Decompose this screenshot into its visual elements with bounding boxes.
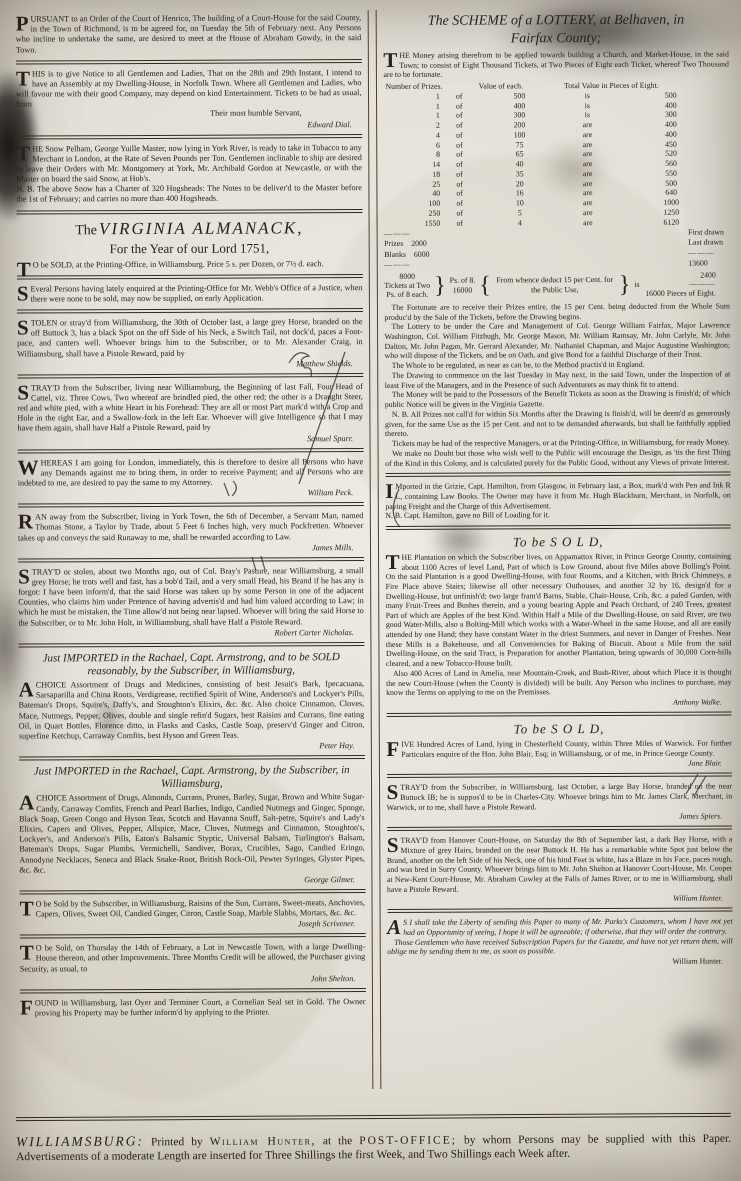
lottery-nota-bene: N. B. All Prizes not call'd for within S…: [385, 408, 731, 439]
ad-body: IMported in the Grizie, Capt. Hamilton, …: [385, 481, 731, 511]
brace-glyph: }: [619, 273, 631, 297]
heading-prefix: The: [75, 223, 97, 238]
dash-rule: ———: [645, 280, 716, 290]
prize-count: 8: [384, 150, 442, 160]
prize-value: 200: [477, 120, 562, 130]
tickets-block: 8000 Tickets at Two Ps. of 8 each.: [384, 272, 430, 300]
to-be-sold-heading: To be S O L D,: [385, 533, 731, 551]
ad-body: WHEREAS I am going for London, immediate…: [18, 457, 364, 489]
prize-count: 25: [384, 179, 442, 189]
ad-text: O be Sold, on Thursday the 14th of Febru…: [20, 942, 365, 973]
lottery-table-body: 1 of 500 is 500 1 of 400 is: [384, 90, 730, 228]
prize-value: 35: [477, 169, 562, 179]
ad-found-seal: FOUND in Williamsburg, last Oyer and Ter…: [20, 997, 366, 1019]
divider: [19, 889, 365, 895]
prize-value: 400: [477, 101, 562, 111]
is-word: are: [562, 140, 612, 150]
prizes-label: Prizes: [384, 239, 403, 248]
prize-value: 75: [477, 140, 562, 150]
prize-count: 18: [384, 170, 442, 180]
prize-total: 400: [613, 120, 730, 130]
prize-total: 1250: [613, 207, 730, 217]
signature: William Peck.: [18, 488, 354, 498]
of-word: of: [442, 208, 477, 218]
signature: William Hunter.: [387, 894, 723, 904]
ad-newcastle-lot: TO be Sold, on Thursday the 14th of Febr…: [20, 942, 366, 984]
ad-body: THE Plantation on which the Subscriber l…: [386, 551, 732, 668]
ad-text: TRAY'D or stolen, about two Months ago, …: [18, 566, 364, 627]
lottery-paragraph: The Drawing to commence on the last Tues…: [385, 369, 731, 390]
blanks-line: Blanks6000: [384, 249, 529, 260]
is-word: is: [562, 91, 612, 101]
drop-cap: F: [386, 740, 401, 757]
of-word: of: [442, 150, 477, 160]
post-office: POST-OFFICE;: [359, 1134, 457, 1147]
ad-text: URSUANT to an Order of the Court of Henr…: [16, 13, 362, 54]
divider: [18, 502, 364, 508]
lottery-intro: THE Money arising therefrom to be applie…: [383, 49, 729, 79]
prize-value: 5: [477, 208, 562, 218]
prize-count: 40: [384, 189, 442, 199]
col-header-prizes: Number of Prizes.: [383, 82, 476, 92]
prize-total: 400: [613, 100, 730, 110]
of-word: of: [442, 218, 477, 228]
of-word: of: [442, 111, 477, 121]
prize-total: 1000: [613, 197, 730, 207]
prizes-subtotal: 13600: [688, 258, 729, 268]
ad-text: Mported in the Grizie, Capt. Hamilton, f…: [385, 481, 730, 511]
ad-body: ACHOICE Assortment of Drugs and Medicine…: [19, 679, 365, 742]
closing-line: Their most humble Servant,: [16, 109, 302, 120]
ad-courthouse-notice: PURSUANT to an Order of the Court of Hen…: [16, 13, 362, 55]
ad-body: TO be Sold by the Subscriber, in William…: [20, 898, 366, 920]
ad-text: TRAY'D from the Subscriber, in Williamsb…: [387, 782, 732, 812]
divider: [386, 711, 732, 717]
prize-total: 500: [613, 178, 730, 188]
divider: [17, 308, 363, 314]
is-word: are: [562, 130, 612, 140]
page-columns: PURSUANT to an Order of the Court of Hen…: [16, 8, 734, 1090]
imported-heading: Just IMPORTED in the Rachael, Capt. Arms…: [22, 651, 360, 679]
summary-top: ——— Prizes2000 Blanks6000 ——— First draw…: [384, 228, 730, 270]
divider: [18, 557, 364, 563]
drop-cap: A: [387, 918, 403, 935]
ad-imported-hay: Just IMPORTED in the Rachael, Capt. Arms…: [18, 651, 364, 752]
ad-imported-box: IMported in the Grizie, Capt. Hamilton, …: [385, 481, 731, 521]
ad-whereas-london: WHEREAS I am going for London, immediate…: [18, 457, 364, 499]
signature: Peter Hay.: [19, 741, 355, 751]
blanks-label: Blanks: [384, 249, 406, 258]
prize-total: 400: [613, 129, 730, 139]
ad-strayed-cattle: STRAY'D from the Subscriber, living near…: [17, 382, 363, 444]
brace-glyph: {: [479, 273, 491, 297]
drop-cap: I: [385, 482, 395, 499]
ad-assembly-notice: THIS is to give Notice to all Gentlemen …: [16, 68, 362, 130]
prize-count: 1: [384, 92, 442, 102]
of-word: of: [442, 189, 477, 199]
tickets-line1: Tickets at Two: [384, 281, 430, 291]
ad-runaway-servant: RAN away from the Subscriber, living in …: [18, 511, 364, 553]
prize-count: 4: [384, 131, 442, 141]
notice-body: AS I shall take the Liberty of sending t…: [387, 917, 733, 938]
ad-text: OUND in Williamsburg, last Oyer and Term…: [35, 997, 366, 1018]
first-drawn-label: First drawn: [688, 228, 724, 237]
is-word: are: [562, 188, 612, 198]
ad-body: TO be Sold, on Thursday the 14th of Febr…: [20, 942, 366, 974]
lottery-summary: ——— Prizes2000 Blanks6000 ——— First draw…: [384, 228, 730, 300]
ad-snow-pelham: THE Snow Pelham, George Yuille Master, n…: [16, 143, 362, 206]
ad-body: STRAY'D or stolen, about two Months ago,…: [18, 566, 364, 629]
drop-cap: S: [17, 319, 31, 336]
divider: [387, 908, 733, 914]
drop-cap: A: [19, 681, 36, 698]
is-word: are: [562, 149, 612, 159]
printed-by: Printed by: [151, 1136, 203, 1148]
prize-value: 10: [477, 198, 562, 208]
is-word: is: [634, 280, 639, 289]
notice-text-continued: Those Gentlemen who have received Subscr…: [387, 936, 733, 957]
ad-text: HEREAS I am going for London, immediatel…: [18, 457, 363, 488]
ad-text: HE Snow Pelham, George Yuille Master, no…: [16, 143, 362, 184]
lottery-table: Number of Prizes. Value of each. Total V…: [383, 80, 729, 228]
col-header-value: Value of each.: [477, 81, 562, 91]
lottery-row: 1550 of 4 are 6120: [384, 217, 730, 228]
prize-value: 4: [477, 218, 562, 228]
city-name: WILLIAMSBURG:: [16, 1133, 144, 1149]
signature: William Hunter.: [387, 956, 723, 966]
divider: [20, 988, 366, 994]
first-drawn-line: First drawn12: [688, 228, 729, 238]
ad-strayed-grey-horse: STRAY'D or stolen, about two Months ago,…: [18, 566, 364, 639]
prize-count: 1: [384, 101, 442, 111]
newspaper-page: PURSUANT to an Order of the Court of Hen…: [0, 0, 741, 1181]
of-word: of: [442, 101, 477, 111]
ad-chesterfield-land: To be S O L D, FIVE Hundred Acres of Lan…: [386, 720, 732, 769]
prize-count: 2: [384, 121, 442, 131]
ad-text: HIS is to give Notice to all Gentlemen a…: [16, 68, 362, 109]
drop-cap: T: [17, 260, 33, 277]
drop-cap: T: [16, 144, 32, 161]
ad-scrivener-goods: TO be Sold by the Subscriber, in William…: [20, 898, 366, 930]
drop-cap: A: [19, 794, 36, 811]
prize-count: 1: [384, 111, 442, 121]
colophon: WILLIAMSBURG: Printed by William Hunter,…: [16, 1113, 731, 1177]
last-drawn-line: Last drawn18: [688, 238, 729, 248]
prize-value: 20: [477, 179, 562, 189]
lottery-scheme: The SCHEME of a LOTTERY, at Belhaven, in…: [383, 11, 730, 468]
summary-left: ——— Prizes2000 Blanks6000 ———: [384, 229, 529, 270]
drop-cap: S: [17, 284, 31, 301]
divider: [16, 59, 362, 65]
divider: [386, 773, 732, 779]
ad-strayed-hanover-horse: STRAY'D from Hanover Court-House, on Sat…: [387, 835, 733, 904]
lottery-title-line1: The SCHEME of a LOTTERY, at Belhaven, in: [428, 13, 684, 29]
lottery-title: The SCHEME of a LOTTERY, at Belhaven, in…: [383, 11, 729, 48]
divider: [17, 274, 363, 280]
nota-bene: N. B. Capt. Hamilton, gave no Bill of Lo…: [385, 510, 731, 521]
drop-cap: T: [20, 944, 36, 961]
prize-value: 100: [477, 130, 562, 140]
is-word: are: [562, 159, 612, 169]
divider: [385, 472, 731, 478]
divider: [387, 826, 733, 832]
dash-rule: ———: [688, 248, 729, 258]
is-word: is: [562, 110, 612, 120]
is-word: are: [562, 169, 612, 179]
colophon-text: WILLIAMSBURG: Printed by William Hunter,…: [16, 1128, 731, 1165]
signature: Samuel Spurr.: [17, 434, 353, 444]
ad-virginia-almanack: The VIRGINIA ALMANACK, For the Year of o…: [17, 218, 363, 271]
printer-name: William Hunter,: [210, 1135, 316, 1148]
tickets-line2: Ps. of 8 each.: [384, 290, 430, 300]
is-word: are: [562, 179, 612, 189]
ad-body: STRAY'D from Hanover Court-House, on Sat…: [387, 835, 733, 894]
divider: [18, 642, 364, 648]
printer-notice: AS I shall take the Liberty of sending t…: [387, 917, 733, 967]
dash-rule: ———: [384, 259, 529, 270]
notice-text: S I shall take the Liberty of sending th…: [403, 917, 733, 937]
signature: Jane Blair.: [386, 759, 722, 769]
almanack-heading: The VIRGINIA ALMANACK,: [17, 218, 363, 240]
ad-body: FOUND in Williamsburg, last Oyer and Ter…: [20, 997, 366, 1019]
deduct-note: From whence deduct 15 per Cent. for the …: [495, 275, 615, 294]
of-word: of: [442, 140, 477, 150]
imported-heading: Just IMPORTED in the Rachael, Capt. Arms…: [23, 764, 361, 792]
ad-body: FIVE Hundred Acres of Land, lying in Che…: [386, 738, 732, 759]
nota-bene: N. B. The above Snow has a Charter of 32…: [16, 183, 362, 205]
first-drawn-value: 12: [724, 228, 733, 237]
prize-value: 40: [477, 159, 562, 169]
ad-text: TRAY'D from Hanover Court-House, on Satu…: [387, 835, 733, 894]
drop-cap: T: [20, 899, 36, 916]
signature: James Mills.: [18, 543, 354, 553]
ad-body: THE Snow Pelham, George Yuille Master, n…: [16, 143, 362, 185]
signature: Robert Carter Nicholas.: [18, 628, 354, 638]
blanks-count: 6000: [406, 249, 430, 258]
of-word: of: [442, 130, 477, 140]
of-word: of: [442, 179, 477, 189]
ad-text: CHOICE Assortment of Drugs and Medicines…: [19, 679, 365, 740]
of-word: of: [442, 121, 477, 131]
grand-total: 16000 Pieces of Eight.: [645, 289, 716, 299]
signature: Matthew Shields.: [17, 359, 353, 369]
prize-count: 6: [384, 140, 442, 150]
totals-block: 2400 ——— 16000 Pieces of Eight.: [645, 270, 730, 298]
drop-cap: T: [16, 69, 32, 86]
ad-webbs-office: SEveral Persons having lately enquired a…: [17, 283, 363, 305]
prize-total: 640: [613, 188, 730, 198]
pieces-value: 16000: [450, 285, 476, 294]
is-word: are: [562, 120, 612, 130]
ad-text: HE Money arising therefrom to be applied…: [383, 49, 728, 79]
prize-total: 500: [613, 90, 730, 100]
ad-text: TOLEN or stray'd from Williamsburg, the …: [17, 317, 363, 358]
prize-value: 65: [477, 150, 562, 160]
ad-body: STRAY'D from the Subscriber, living near…: [17, 382, 363, 434]
ad-body: STRAY'D from the Subscriber, in Williams…: [387, 782, 733, 812]
right-column: The SCHEME of a LOTTERY, at Belhaven, in…: [375, 8, 733, 1089]
drop-cap: R: [18, 513, 35, 530]
prize-total: 520: [613, 149, 730, 159]
prize-total: 450: [613, 139, 730, 149]
signature: Joseph Scrivener.: [20, 919, 356, 929]
divider: [385, 524, 731, 530]
is-word: are: [563, 217, 613, 227]
prize-count: 100: [384, 199, 442, 209]
colophon-rule: [16, 1113, 731, 1121]
ad-body: TO be SOLD, at the Printing-Office, in W…: [17, 259, 363, 271]
prize-total: 300: [613, 110, 730, 120]
of-word: of: [442, 169, 477, 179]
lottery-paragraph: The Fortunate are to receive their Prize…: [384, 301, 730, 322]
drop-cap: F: [20, 998, 35, 1015]
brace-glyph: }: [434, 273, 446, 297]
ad-text: AN away from the Subscriber, living in Y…: [18, 511, 363, 542]
last-drawn-value: 18: [723, 238, 733, 247]
ad-plantation-sale: To be S O L D, THE Plantation on which t…: [385, 533, 731, 708]
signature: James Spiers.: [387, 812, 723, 822]
prize-value: 300: [477, 111, 562, 121]
divider: [19, 755, 365, 761]
is-word: is: [562, 101, 612, 111]
prize-total: 550: [613, 168, 730, 178]
ad-body: STOLEN or stray'd from Williamsburg, the…: [17, 317, 363, 359]
is-word: are: [563, 208, 613, 218]
signature: Anthony Walke.: [386, 697, 722, 707]
ad-text: HE Plantation on which the Subscriber li…: [386, 551, 732, 668]
ad-text: Everal Persons having lately enquired at…: [31, 283, 363, 304]
prize-count: 1550: [384, 218, 442, 228]
lottery-title-line2: Fairfax County;: [511, 31, 602, 46]
prize-value: 500: [477, 91, 562, 101]
drop-cap: P: [16, 14, 31, 31]
drop-cap: S: [387, 836, 401, 853]
almanack-subtitle: For the Year of our Lord 1751,: [17, 240, 363, 258]
prizes-line: Prizes2000: [384, 239, 529, 250]
drop-cap: T: [383, 51, 399, 68]
to-be-sold-heading: To be S O L D,: [386, 720, 732, 738]
prize-count: 250: [384, 208, 442, 218]
drop-cap: S: [18, 567, 32, 584]
divider: [17, 209, 363, 215]
pieces-label: Ps. of 8.: [450, 276, 476, 285]
ad-text: CHOICE Assortment of Drugs, Almonds, Cur…: [19, 793, 365, 875]
of-word: of: [442, 92, 477, 102]
left-column: PURSUANT to an Order of the Court of Hen…: [16, 10, 373, 1091]
ad-stolen-horse: STOLEN or stray'd from Williamsburg, the…: [17, 317, 363, 369]
ad-text-continued: Also 400 Acres of Land in Amelia, near M…: [386, 667, 732, 698]
signature: John Shelton.: [20, 974, 356, 984]
lottery-paragraph: The Money will be paid to the Possessors…: [385, 389, 731, 410]
drop-cap: W: [18, 458, 41, 475]
ad-strayed-bay-horse: STRAY'D from the Subscriber, in Williams…: [387, 782, 733, 822]
ad-body: SEveral Persons having lately enquired a…: [17, 283, 363, 305]
divider: [16, 134, 362, 140]
of-word: of: [442, 160, 477, 170]
lottery-paragraph: We make no Doubt but those who wish well…: [385, 447, 731, 468]
signature: Edward Dial.: [16, 120, 352, 130]
ad-body: RAN away from the Subscriber, living in …: [18, 511, 364, 543]
last-drawn-label: Last drawn: [688, 238, 723, 247]
prizes-count: 2000: [403, 239, 427, 248]
prize-value: 16: [477, 188, 562, 198]
ad-body: PURSUANT to an Order of the Court of Hen…: [16, 13, 362, 55]
dash-rule: ———: [384, 229, 529, 240]
tickets-total: 8000: [384, 272, 430, 282]
at-the: at the: [323, 1135, 352, 1147]
ad-text: O be Sold by the Subscriber, in Williams…: [36, 898, 366, 919]
is-word: are: [563, 198, 613, 208]
drop-cap: S: [387, 783, 401, 800]
ad-body: ACHOICE Assortment of Drugs, Almonds, Cu…: [19, 793, 365, 876]
lottery-paragraph: The Lottery to be under the Care and Man…: [385, 321, 731, 361]
drop-cap: S: [17, 383, 31, 400]
prize-count: 14: [384, 160, 442, 170]
ad-text: IVE Hundred Acres of Land, lying in Ches…: [401, 738, 732, 758]
drop-cap: T: [386, 553, 402, 570]
almanack-title: VIRGINIA ALMANACK,: [99, 218, 304, 238]
ad-text: TRAY'D from the Subscriber, living near …: [17, 382, 363, 433]
divider: [20, 933, 366, 939]
ad-imported-gilmer: Just IMPORTED in the Rachael, Capt. Arms…: [19, 764, 365, 885]
prize-total: 6120: [613, 217, 730, 227]
prize-total: 560: [613, 159, 730, 169]
of-word: of: [442, 199, 477, 209]
ad-body: THIS is to give Notice to all Gentlemen …: [16, 68, 362, 110]
summary-bottom: 8000 Tickets at Two Ps. of 8 each. } Ps.…: [384, 270, 730, 300]
summary-right: First drawn12 Last drawn18 ——— 13600: [591, 228, 729, 269]
ad-text: O be SOLD, at the Printing-Office, in Wi…: [33, 259, 324, 269]
pieces-block: Ps. of 8. 16000: [450, 276, 476, 295]
divider: [18, 448, 364, 454]
divider: [17, 373, 363, 379]
signature: George Gilmer.: [19, 875, 355, 885]
deduct-value: 2400: [645, 270, 716, 280]
